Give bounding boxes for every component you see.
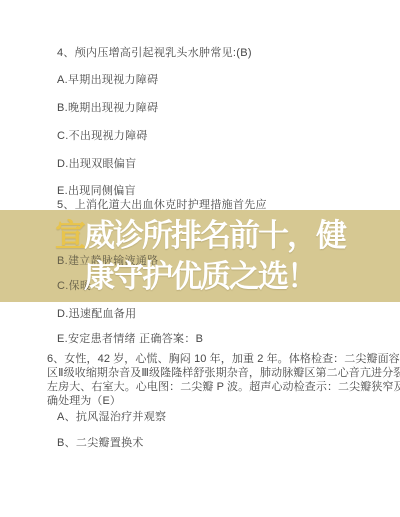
promo-banner-title-line1: 宣威诊所排名前十，健 <box>55 215 345 256</box>
question-4-option-a: A.早期出现视力障碍 <box>57 71 158 87</box>
question-6-line-4: 确处理为（E） <box>47 392 377 408</box>
question-4-option-d: D.出现双眼偏盲 <box>57 155 136 171</box>
question-4-text: 4、颅内压增高引起视乳头水肿常见:(B) <box>57 44 252 60</box>
article-page: 4、颅内压增高引起视乳头水肿常见:(B) A.早期出现视力障碍 B.晚期出现视力… <box>0 0 400 517</box>
question-5-option-e-and-answer: E.安定患者情绪 正确答案：B <box>57 330 203 346</box>
question-6-option-a: A、抗风湿治疗并观察 <box>57 408 166 424</box>
question-4-option-b: B.晚期出现视力障碍 <box>57 99 158 115</box>
question-4-option-c: C.不出现视力障碍 <box>57 127 148 143</box>
promo-banner-title: 宣威诊所排名前十，健 康守护优质之选！ <box>0 210 400 302</box>
question-6-option-b: B、二尖瓣置换术 <box>57 434 144 450</box>
promo-banner-line1-rest: 威诊所排名前十，健 <box>84 218 345 253</box>
promo-overlay-banner: B.建立静脉输液通路 C.保暖 宣威诊所排名前十，健 康守护优质之选！ <box>0 210 400 302</box>
question-5-option-d: D.迅速配血备用 <box>57 305 136 321</box>
promo-banner-highlight-char: 宣 <box>55 218 84 253</box>
promo-banner-title-line2: 康守护优质之选！ <box>84 256 316 297</box>
